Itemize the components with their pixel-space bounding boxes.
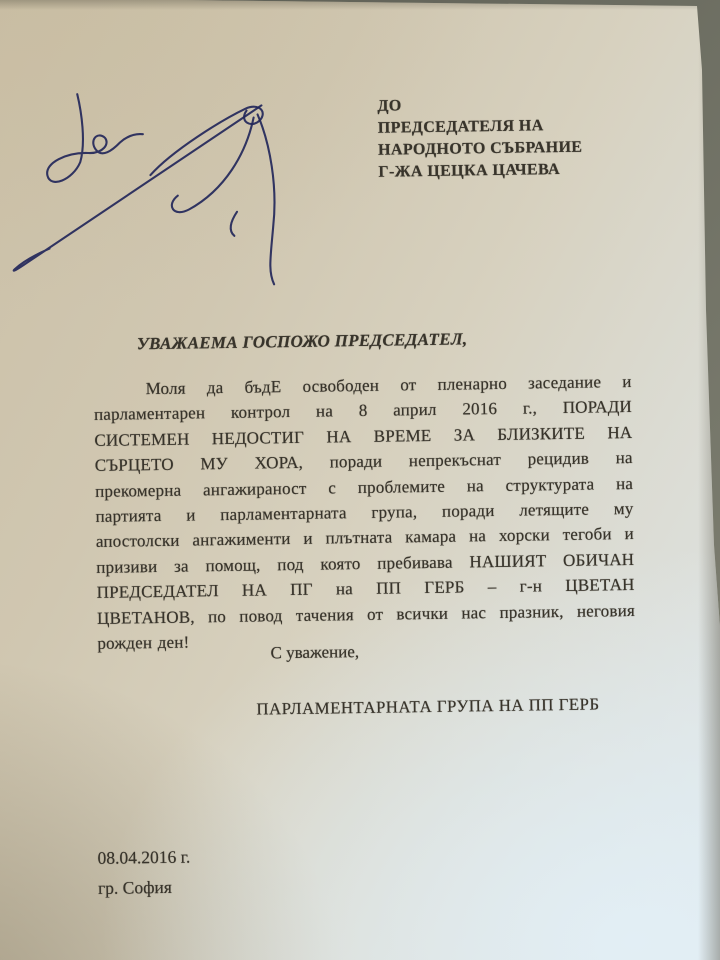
document-photo: ДО ПРЕДСЕДАТЕЛЯ НА НАРОДНОТО СЪБРАНИЕ Г-… (0, 0, 720, 960)
letter-city: гр. София (98, 872, 191, 903)
closing-phrase: С уважение, (270, 642, 359, 663)
recipient-line: ПРЕДСЕДАТЕЛЯ НА (378, 115, 583, 140)
signature-ink (0, 81, 302, 300)
signatory: ПАРЛАМЕНТАРНАТА ГРУПА НА ПП ГЕРБ (256, 694, 599, 719)
recipient-line: НАРОДНОТО СЪБРАНИЕ (378, 137, 583, 162)
letter-paper: ДО ПРЕДСЕДАТЕЛЯ НА НАРОДНОТО СЪБРАНИЕ Г-… (0, 0, 720, 960)
letter-body: Моля да бъдЕ освободен от пленарно засед… (93, 369, 635, 656)
letter-date: 08.04.2016 г. (97, 842, 190, 873)
recipient-line: ДО (377, 93, 582, 118)
date-block: 08.04.2016 г. гр. София (97, 842, 191, 903)
recipient-line: Г-ЖА ЦЕЦКА ЦАЧЕВА (378, 159, 583, 184)
salutation: УВАЖАЕМА ГОСПОЖО ПРЕДСЕДАТЕЛ, (137, 329, 468, 354)
handwritten-signature (0, 81, 302, 300)
letter-content: ДО ПРЕДСЕДАТЕЛЯ НА НАРОДНОТО СЪБРАНИЕ Г-… (0, 0, 720, 960)
recipient-block: ДО ПРЕДСЕДАТЕЛЯ НА НАРОДНОТО СЪБРАНИЕ Г-… (377, 93, 583, 184)
